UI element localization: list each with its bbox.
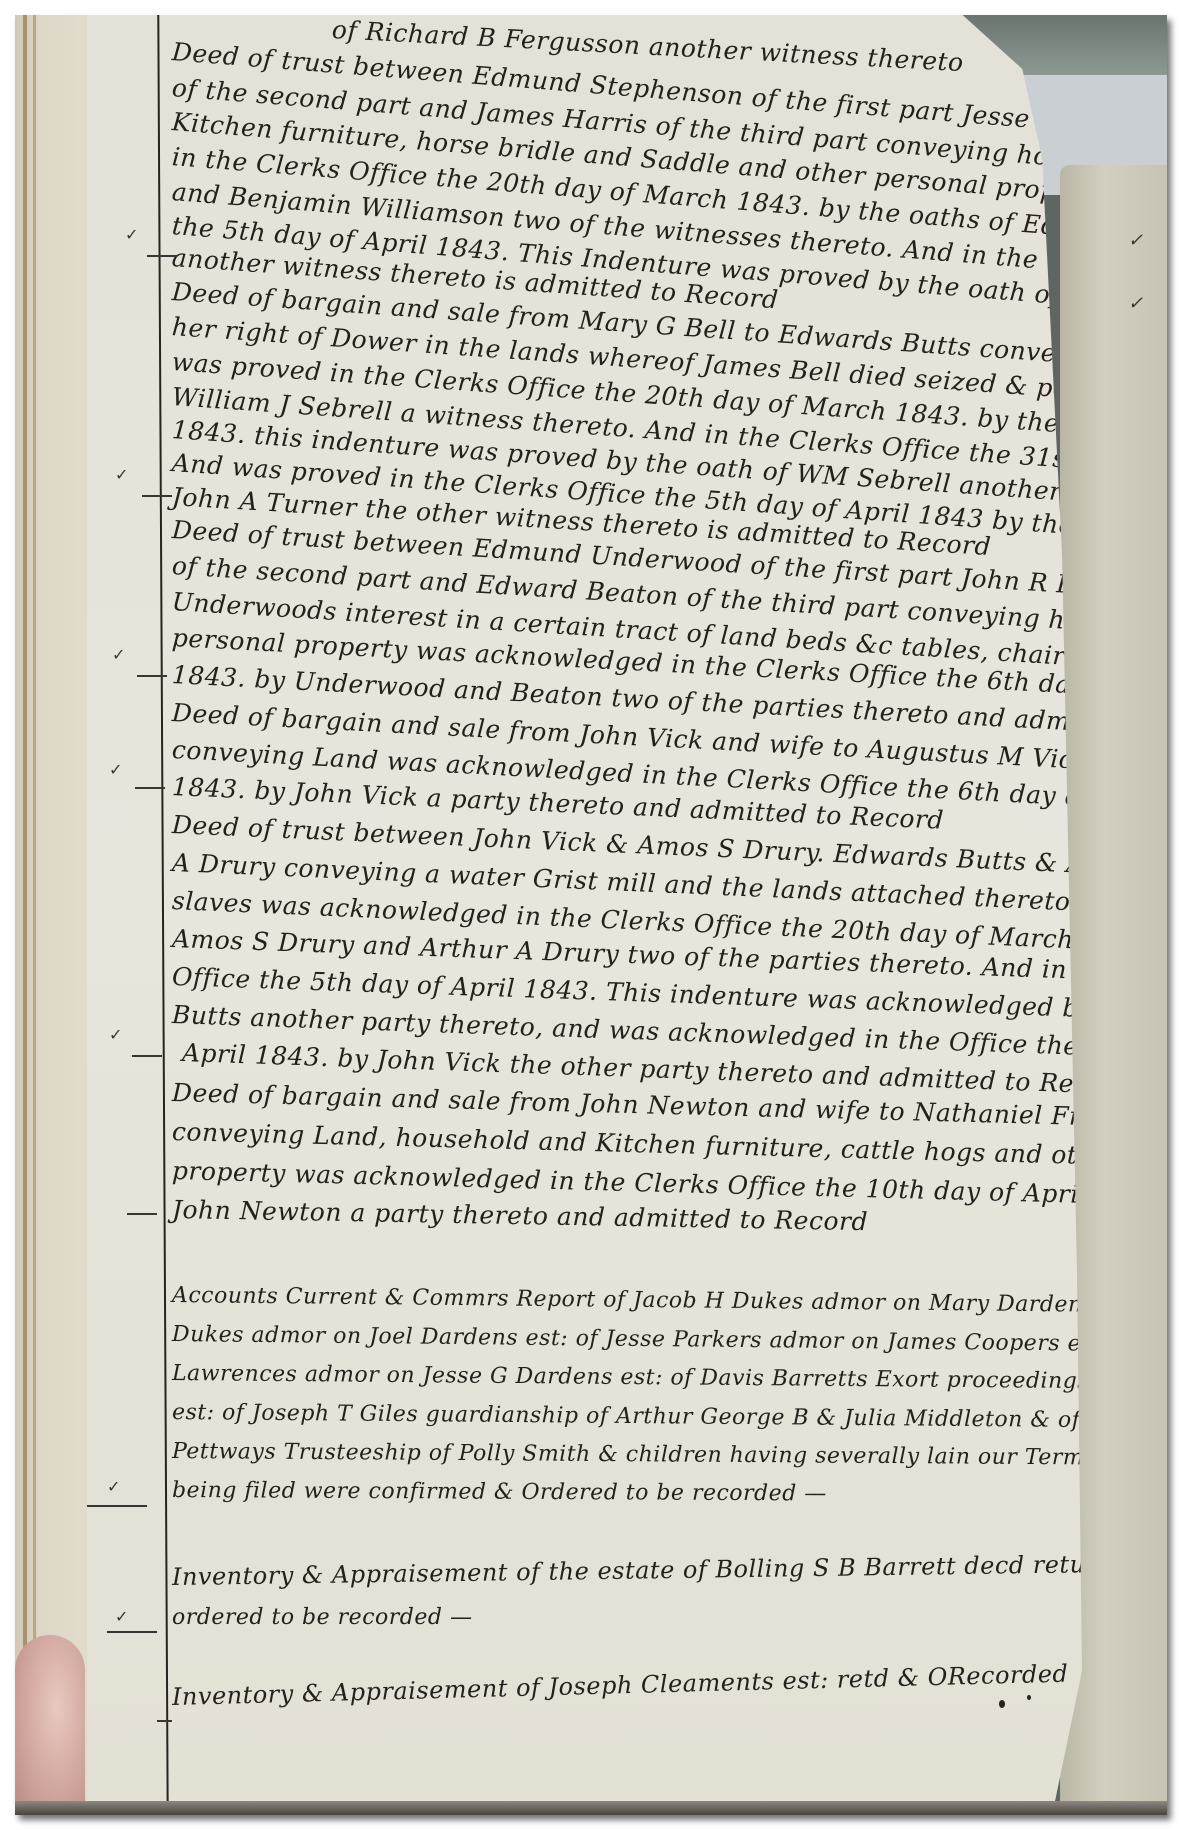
entry-line: ordered to be recorded — xyxy=(172,1605,472,1630)
entry-line: Accounts Current & Commrs Report of Jaco… xyxy=(172,1283,1167,1320)
margin-rule-mark xyxy=(147,255,177,257)
margin-check-mark: ✓ xyxy=(109,760,122,779)
facing-check-mark: ✓ xyxy=(1128,293,1143,314)
entry-line: being filed were confirmed & Ordered to … xyxy=(172,1478,827,1506)
facing-check-mark: ✓ xyxy=(1128,230,1143,251)
margin-rule-mark xyxy=(135,787,165,789)
margin-check-mark: ✓ xyxy=(125,225,138,244)
ink-spot xyxy=(999,1700,1005,1708)
margin-rule-mark xyxy=(137,675,167,677)
margin-check-mark: ✓ xyxy=(112,645,125,664)
margin-check-mark: ✓ xyxy=(109,1025,122,1044)
margin-rule-mark xyxy=(132,1055,162,1057)
entry-line: est: of Joseph T Giles guardianship of A… xyxy=(172,1400,1160,1434)
margin-rule-mark xyxy=(142,495,172,497)
page-stack-edge xyxy=(23,15,27,1815)
margin-check-mark: ✓ xyxy=(107,1477,120,1496)
margin-rule-mark xyxy=(107,1631,157,1633)
thumb xyxy=(15,1635,85,1815)
ink-spot xyxy=(1027,1695,1031,1700)
margin-check-mark: ✓ xyxy=(115,1607,128,1626)
book-bottom-shadow xyxy=(15,1801,1167,1815)
entry-line: Lawrences admor on Jesse G Dardens est: … xyxy=(172,1361,1167,1396)
margin-rule-mark xyxy=(77,1505,147,1507)
entry-line: Inventory & Appraisement of Joseph Cleam… xyxy=(172,1660,1069,1711)
entry-line: Dukes admor on Joel Dardens est: of Jess… xyxy=(172,1322,1167,1358)
entry-line: Pettways Trusteeship of Polly Smith & ch… xyxy=(172,1439,1167,1472)
ledger-page: of Richard B Fergusson another witness t… xyxy=(87,15,1082,1815)
entry-line: Inventory & Appraisement of the estate o… xyxy=(172,1549,1167,1591)
margin-rule-mark xyxy=(127,1213,157,1215)
page-stack-edge xyxy=(33,15,36,1815)
margin-rule-mark xyxy=(157,1720,172,1722)
margin-rule xyxy=(157,15,168,1815)
ledger-photo: ✓ ✓ of Richard B Fergusson another witne… xyxy=(15,15,1167,1815)
entry-line: John Newton a party thereto and admitted… xyxy=(172,1195,868,1236)
margin-check-mark: ✓ xyxy=(115,465,128,484)
